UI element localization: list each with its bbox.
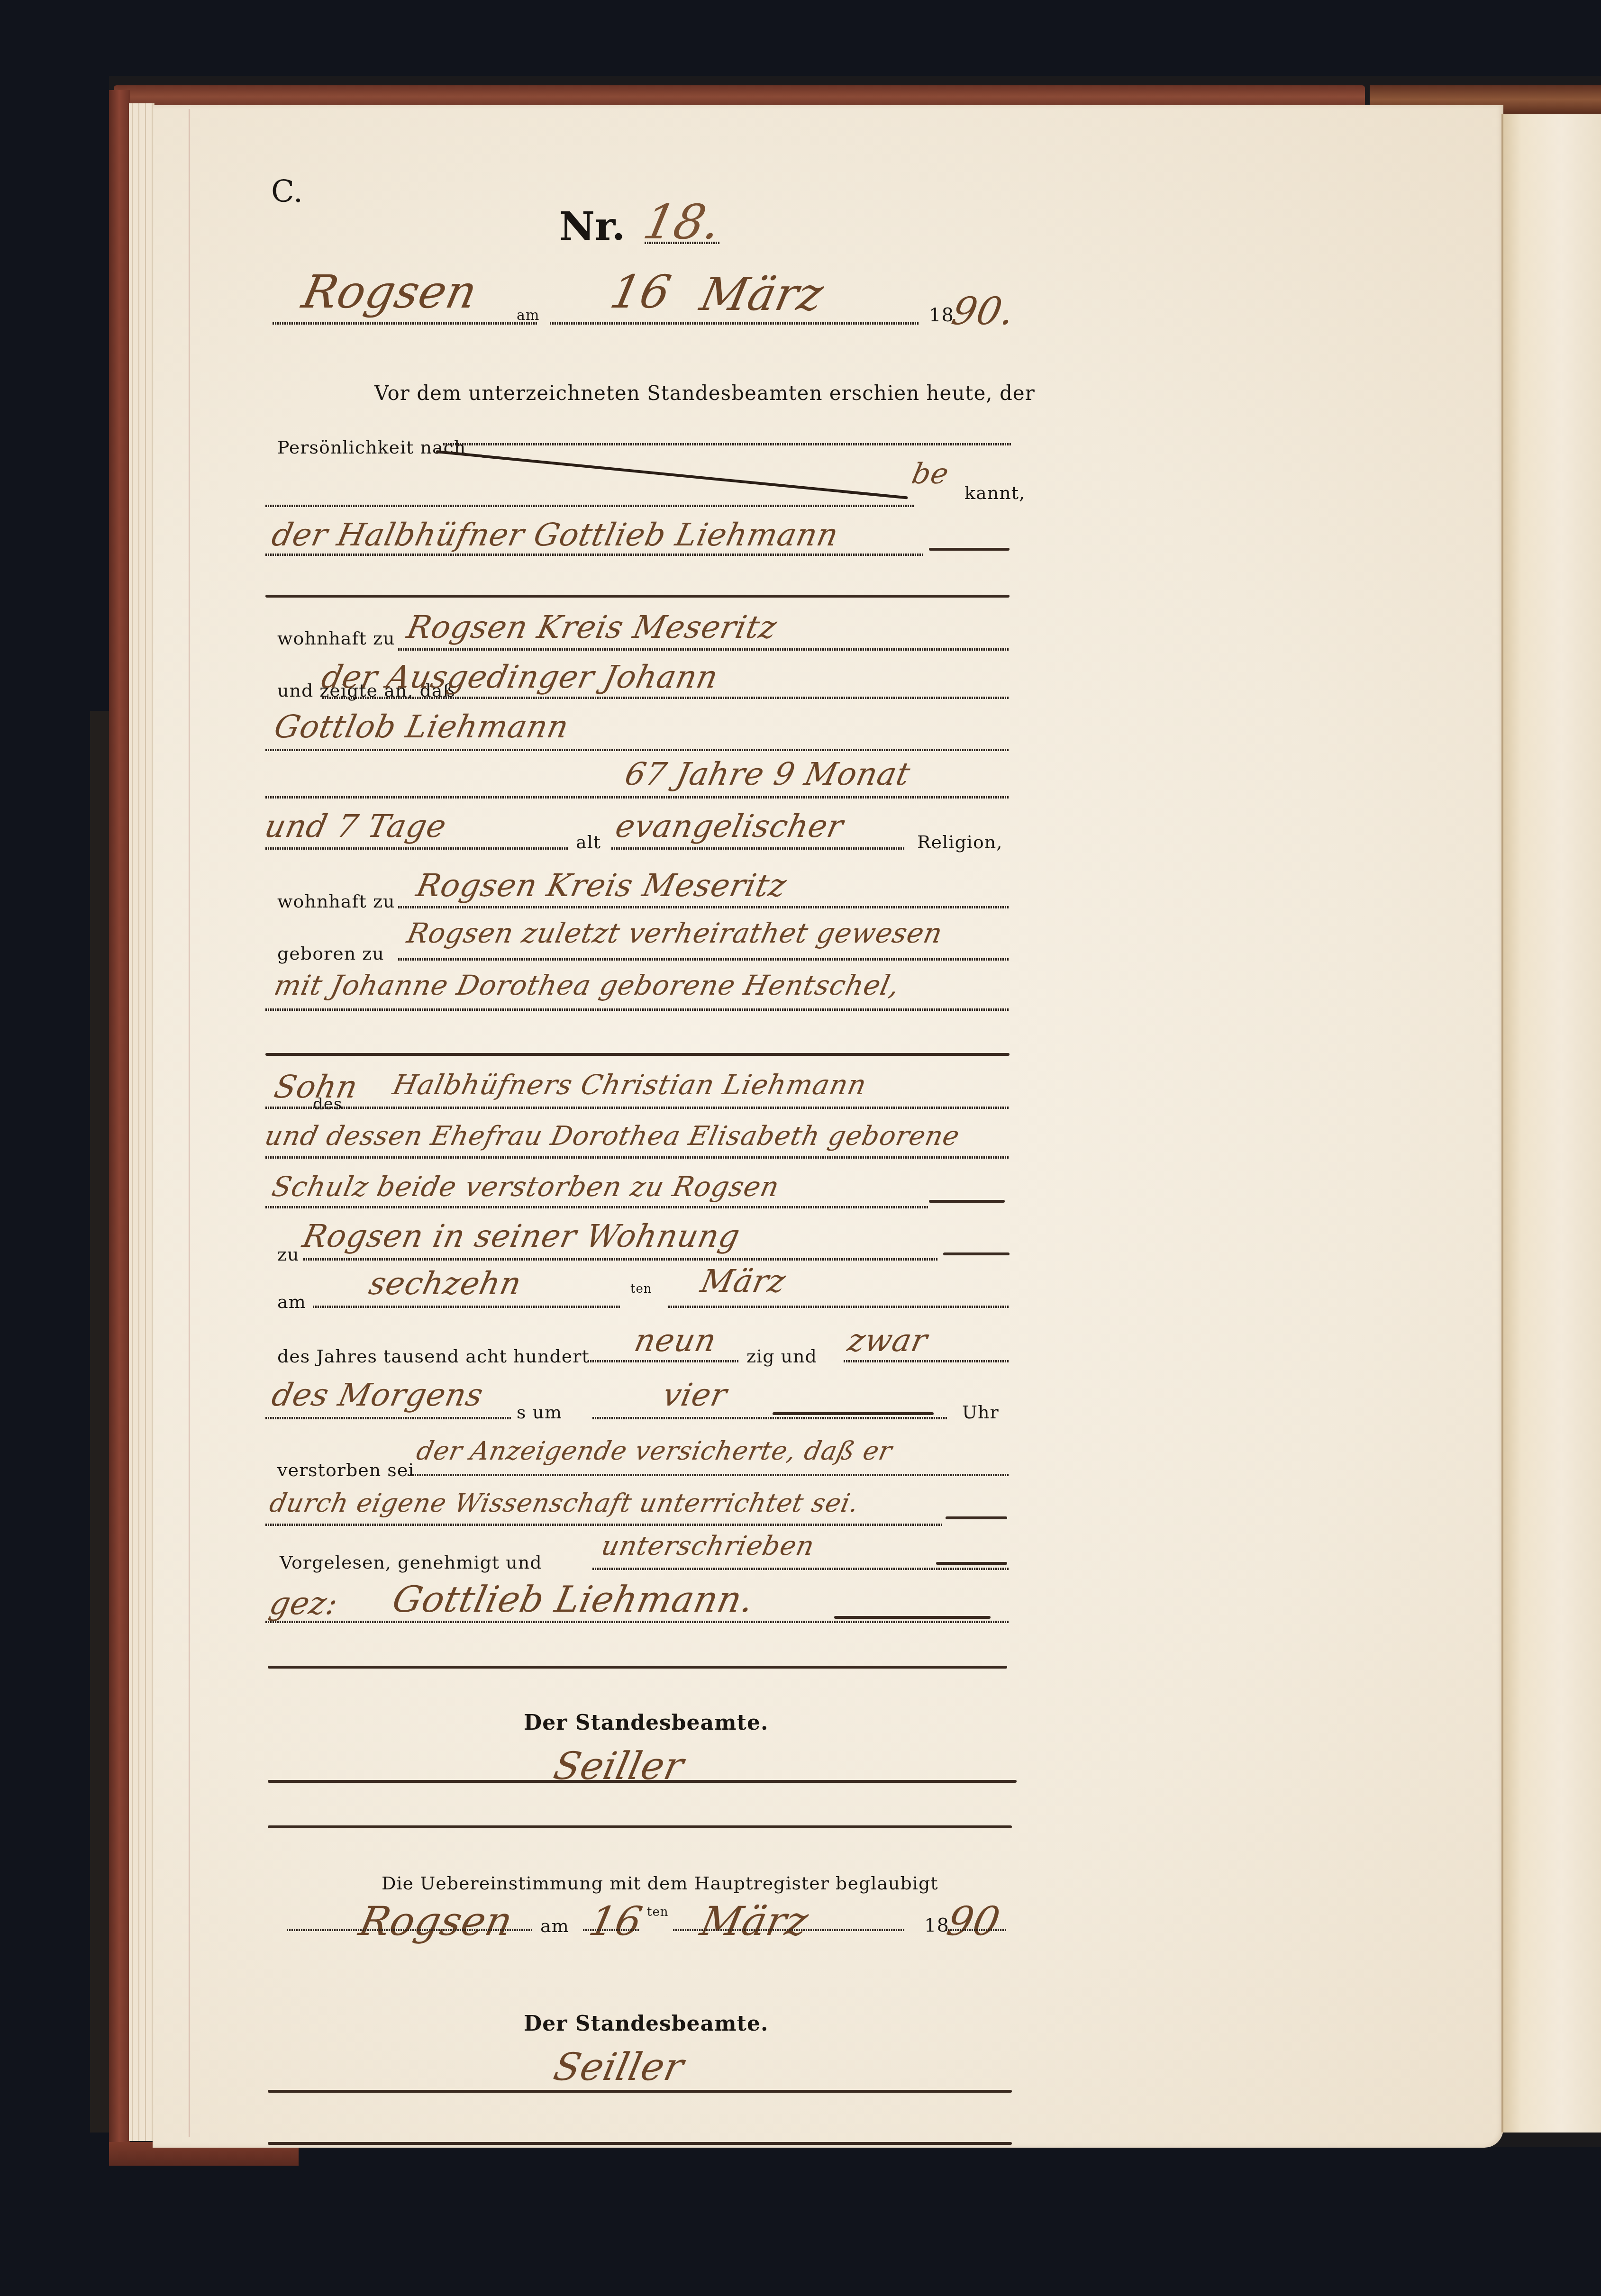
cert-day-line — [583, 1929, 640, 1931]
place-of-death-value: Rogsen in seiner Wohnung — [300, 1218, 744, 1254]
declarant: der Halbhüfner Gottlieb Liehmann — [269, 517, 842, 553]
deceased-line-1-rule — [322, 697, 1010, 699]
place-of-death-label: zu — [277, 1244, 300, 1265]
died-line-1-rule — [408, 1474, 1010, 1476]
registrar-line-4 — [268, 2142, 1012, 2145]
date-month-line — [668, 1306, 1010, 1308]
entry-number-label: Nr. — [559, 204, 625, 249]
number-line — [645, 242, 720, 244]
declarant-signature: Gottlieb Liehmann. — [389, 1578, 758, 1620]
date-line — [550, 322, 919, 325]
declarant-line-end — [929, 548, 1010, 551]
died-line-2: durch eigene Wissenschaft unterrichtet s… — [267, 1488, 862, 1518]
place-of-death-end — [943, 1252, 1010, 1255]
time-unit: Uhr — [962, 1402, 999, 1423]
year-value-1: neun — [631, 1322, 720, 1359]
time-um: s um — [517, 1402, 562, 1423]
registrar-signature-2: Seiller — [550, 2045, 688, 2089]
cert-am: am — [540, 1915, 569, 1936]
residence-line — [398, 648, 1010, 651]
parents-line-2-rule — [265, 1156, 1010, 1159]
time-value-line — [592, 1417, 948, 1419]
date-ten: ten — [630, 1282, 652, 1296]
blank-line-3 — [268, 1666, 1007, 1669]
header-am: am — [517, 307, 539, 324]
deceased-residence-label: wohnhaft zu — [277, 891, 395, 912]
year-value-1-line — [588, 1360, 739, 1362]
blank-line-2 — [265, 1053, 1010, 1056]
header-day: 16 — [606, 265, 676, 318]
date-day-words: sechzehn — [366, 1265, 525, 1302]
place-of-death-line — [303, 1258, 938, 1261]
age-line-2: und 7 Tage — [262, 808, 450, 844]
identity-label: Persönlichkeit nach — [277, 437, 466, 458]
registrar-line-2 — [268, 1825, 1012, 1828]
deceased-line-2: Gottlob Liehmann — [271, 708, 572, 745]
registrar-line-3 — [268, 2090, 1012, 2093]
residence-value: Rogsen Kreis Meseritz — [404, 609, 781, 645]
time-value: vier — [660, 1377, 730, 1413]
section-letter: C. — [271, 174, 303, 209]
cert-place: Rogsen — [355, 1898, 517, 1944]
identity-strike — [436, 450, 908, 499]
declarant-line — [265, 554, 924, 556]
read-value: unterschrieben — [599, 1531, 817, 1561]
date-month: März — [698, 1263, 790, 1299]
age-line-1-rule — [265, 796, 1010, 799]
signature-prefix: gez: — [266, 1585, 342, 1622]
cert-ten: ten — [647, 1905, 669, 1919]
register-entry: C. Nr. 18. Rogsen am 16 März 18 90. Vor … — [0, 0, 1601, 2296]
signature-line-end — [834, 1616, 991, 1619]
deceased-line-2-rule — [265, 749, 1010, 751]
registrar-heading: Der Standesbeamte. — [524, 1711, 768, 1735]
spouse-line-rule — [265, 1008, 1010, 1011]
certification-text: Die Uebereinstimmung mit dem Hauptregist… — [382, 1873, 938, 1894]
year-zig: zig und — [746, 1346, 817, 1367]
died-line-2-end — [946, 1516, 1007, 1519]
header-year-suffix: 90. — [948, 289, 1019, 333]
religion-value: evangelischer — [612, 808, 847, 844]
blank-line — [265, 595, 1010, 598]
year-value-2: zwar — [845, 1322, 931, 1359]
read-label: Vorgelesen, genehmigt und — [280, 1552, 542, 1573]
died-line-1: der Anzeigende versicherte, daß er — [414, 1436, 895, 1466]
deceased-residence-value: Rogsen Kreis Meseritz — [413, 867, 790, 904]
deceased-line-1: der Ausgedinger Johann — [318, 659, 721, 695]
religion-label: Religion, — [917, 832, 1002, 853]
date-label: am — [277, 1291, 306, 1312]
cert-year-line — [946, 1929, 1007, 1931]
parents-line-1: Halbhüfners Christian Liehmann — [390, 1069, 870, 1101]
cert-month-line — [673, 1929, 905, 1931]
parents-line-2: und dessen Ehefrau Dorothea Elisabeth ge… — [262, 1121, 963, 1152]
birthplace-value: Rogsen zuletzt verheirathet gewesen — [404, 917, 946, 949]
year-label: des Jahres tausend acht hundert — [277, 1346, 590, 1367]
header-month: März — [696, 268, 828, 321]
age-label: alt — [576, 832, 601, 853]
cert-day: 16 — [585, 1898, 647, 1944]
time-prefix: des Morgens — [269, 1377, 487, 1413]
age-line-2-rule — [265, 847, 569, 850]
place-line — [273, 322, 538, 325]
cert-month: März — [697, 1898, 813, 1944]
spouse-line: mit Johanne Dorothea geborene Hentschel, — [272, 969, 903, 1001]
registrar-line-1 — [268, 1780, 1017, 1783]
identity-value: kannt, — [964, 482, 1025, 503]
parents-label: des — [313, 1095, 342, 1114]
signature-line — [265, 1621, 1010, 1623]
identity-line-2 — [265, 505, 915, 507]
died-line-2-rule — [265, 1524, 943, 1526]
birthplace-line — [398, 958, 1010, 961]
died-label: verstorben sei — [277, 1460, 414, 1480]
date-day-line — [313, 1306, 621, 1308]
registrar-heading-2: Der Standesbeamte. — [524, 2012, 768, 2036]
cert-year-suffix: 90 — [943, 1898, 1005, 1944]
religion-line — [611, 847, 905, 850]
time-value-dash — [773, 1412, 934, 1415]
parents-line-3: Schulz beide verstorben zu Rogsen — [269, 1171, 782, 1203]
identity-value-hw: be — [909, 457, 952, 490]
read-value-end — [936, 1562, 1007, 1565]
age-line-1: 67 Jahre 9 Monat — [622, 756, 914, 792]
cert-place-line — [287, 1929, 533, 1931]
birthplace-label: geboren zu — [277, 943, 384, 964]
intro-text: Vor dem unterzeichneten Standesbeamten e… — [374, 381, 1035, 405]
parents-line-3-rule — [265, 1206, 929, 1208]
parents-line-3-end — [929, 1200, 1005, 1203]
parents-line-1-rule — [370, 1107, 1010, 1109]
identity-line-1 — [443, 443, 1012, 445]
deceased-residence-line — [398, 906, 1010, 908]
residence-label: wohnhaft zu — [277, 628, 395, 649]
year-value-2-line — [844, 1360, 1010, 1362]
header-place: Rogsen — [298, 265, 482, 318]
read-value-line — [592, 1568, 1010, 1570]
time-prefix-line — [265, 1417, 512, 1419]
